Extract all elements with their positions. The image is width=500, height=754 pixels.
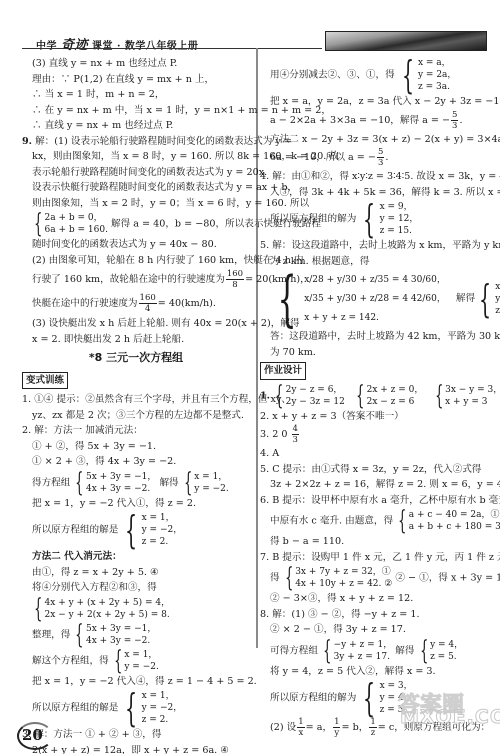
text-line: 3z + 2×2z + z = 16，解得 z = 2. 则 x = 6，y =… <box>260 477 488 493</box>
text-line: 将④分别代入方程②和③，得 <box>22 580 250 596</box>
fraction: 1z <box>369 717 376 738</box>
equation: z = 2. <box>142 714 183 726</box>
text-line: 8. 解：(1) ③ − ②，得 −y + z = 1. <box>260 607 488 623</box>
equation-system: { y = 4，z = 5. <box>418 638 464 664</box>
equation-system: { 5x + 3y = −1，4x + 3y = −2. <box>73 622 156 648</box>
brace-icon: { <box>285 565 293 591</box>
equation: 4x + y + (x + 2y + 5) = 4， <box>45 597 171 609</box>
equation: x/28 + y/30 + z/35 = 4 30/60， <box>304 271 446 290</box>
equation: y = −2， <box>142 702 183 714</box>
equation-line: 所以原方程组的解是 { x = 1，y = −2，z = 2. <box>22 689 250 727</box>
brand-logo: 奇迹 <box>61 38 88 53</box>
brace-icon: { <box>479 280 491 318</box>
equation-system: { 2y − z = 6，2y − 3z = 12 <box>273 383 345 409</box>
equation-system: { a + c − 40 = 2a，①a + b + c + 180 = 3b.… <box>396 508 500 534</box>
equation-system: { x = 1，y = −2，z = 2. <box>121 511 182 549</box>
text-line: 随时间变化的函数表达式为 y = 40x − 80. <box>22 237 250 253</box>
brand-prefix: 中学 <box>36 41 57 52</box>
brace-icon: { <box>402 56 414 94</box>
text-line: 为 70 km. <box>260 345 488 361</box>
equation: a + b + c + 180 = 3b. ② <box>409 521 500 533</box>
equation-line: 所以原方程组的解是 { x = 1，y = −2，z = 2. <box>22 511 250 549</box>
fraction: 1604 <box>139 293 157 314</box>
text-line: kx，则由图象知，当 x = 8 时，y = 160. 所以 8k = 160，… <box>22 149 250 165</box>
text-line: 方法二 x − 2y + 3z = 3(x + z) − 2(x + y) = … <box>260 132 488 148</box>
question-number: 9. <box>22 136 32 147</box>
text: 解这个方程组，得 <box>32 655 109 666</box>
brace-icon: { <box>125 689 137 727</box>
brace-icon: { <box>34 211 42 237</box>
equation: 4x + 3y = −2. <box>86 483 156 495</box>
text-line: 快艇在途中的行驶速度为1604= 40(km/h). <box>22 292 250 316</box>
text-line: ① + ②，得 5x + 3y = −1. <box>22 439 250 455</box>
text: 得方程组 <box>32 477 70 488</box>
fraction: 53 <box>377 147 384 168</box>
equation-line: 整理，得 { 5x + 3y = −1，4x + 3y = −2. <box>22 622 250 648</box>
equation: y = 30， <box>495 293 500 305</box>
equation: y = −2， <box>142 524 183 536</box>
text-line: ∴ 在 y = nx + m 中，当 x = 1 时，y = n×1 + m =… <box>22 103 250 119</box>
numerator: 160 <box>139 293 157 304</box>
text-line: ∴ 当 x = 1 时，m + n = 2， <box>22 87 250 103</box>
text: 得 <box>270 573 280 584</box>
equation-system: { x = 9，y = 12，z = 15. <box>359 200 418 238</box>
brand-suffix: 课堂 · 数学八年级上册 <box>92 41 198 52</box>
text-line: 4. A <box>260 446 488 462</box>
text: 所以原方程组的解是 <box>32 525 118 536</box>
text-line: ② − 3×③，得 x + y + z = 12. <box>260 591 488 607</box>
equation: x + y = 3 <box>445 396 500 408</box>
equation: 3y + z = 17. <box>334 651 393 663</box>
equation: y = 2a， <box>418 69 456 81</box>
numerator: 160 <box>226 269 244 280</box>
equation: y = 12， <box>380 213 419 225</box>
equation: x = a， <box>418 57 456 69</box>
equation: y = −2. <box>194 483 228 495</box>
text: = 40(km/h). <box>158 298 216 309</box>
text-line: 2(x + y + z) = 12a，即 x + y + z = 6a. ④ <box>22 743 250 754</box>
text-line: yz、zx 都是 2 次；③三个方程的左边都不是整式. <box>22 408 250 424</box>
equation: 3x − y = 3， <box>445 384 500 396</box>
book-title: 中学 奇迹 课堂 · 数学八年级上册 <box>36 34 198 53</box>
text: (2) 设 <box>270 722 296 733</box>
denominator: 3 <box>451 121 458 131</box>
answer-9: 9. 解：(1) 设表示轮船行驶路程随时间变化的函数表达式为 y = <box>22 134 250 150</box>
page-header: 中学 奇迹 课堂 · 数学八年级上册 <box>0 0 500 48</box>
equation: x = 1， <box>142 690 183 702</box>
text: 6a = −10，所以 a = − <box>270 152 376 163</box>
header-rule <box>22 48 322 49</box>
equation: a + c − 40 = 2a，① <box>409 509 500 521</box>
text: 所以原方程组的解为 <box>270 214 356 225</box>
equation: 2y − 3z = 12 <box>286 396 345 408</box>
text-line: 4. 解：由①和②，得 x∶y∶z = 3∶4∶5. 故设 x = 3k，y =… <box>260 169 488 185</box>
equation: x/35 + y/30 + z/28 = 4 42/60， <box>304 290 446 309</box>
equation: −y + z = 1， <box>334 639 393 651</box>
numerator: 1 <box>333 717 340 728</box>
left-column: (3) 直线 y = nx + m 也经过点 P. 理由：∵ P(1,2) 在直… <box>22 56 250 754</box>
text: 快艇在途中的行驶速度为 <box>32 298 138 309</box>
boxed-label-variant-training: 变式训练 <box>22 372 68 390</box>
equation-system: { 3x + 7y + z = 32，①4x + 10y + z = 42. ② <box>283 565 393 591</box>
text-line: (2) 由图象可知，轮船在 8 h 内行驶了 160 km，快艇在 4 h 内 <box>22 253 250 269</box>
text-line: (3) 直线 y = nx + m 也经过点 P. <box>22 56 250 72</box>
equation: 2a + b = 0， <box>45 212 108 224</box>
text: ② − ①，得 x + 3y = 10. ③ <box>395 573 500 584</box>
brace-icon: { <box>76 622 84 648</box>
equation-line: 用④分别减去②、③、①，得 { x = a，y = 2a，z = 3a. <box>260 56 488 94</box>
equation-system: { 4x + y + (x + 2y + 5) = 4，2x − y + 2(x… <box>32 596 170 622</box>
text-line: (3) 设快艇出发 x h 后赶上轮船. 则有 40x = 20(x + 2)，… <box>22 316 250 332</box>
text: = a， <box>306 722 332 733</box>
equation: z = 2. <box>142 536 183 548</box>
equation: 3x + 7y + z = 32，① <box>295 566 392 578</box>
text-line: 行驶了 160 km，故轮船在途中的行驶速度为1608= 20(km/h)， <box>22 268 250 292</box>
text-line: 2. 解：方法一 加减消元法： <box>22 423 250 439</box>
text: 用④分别减去②、③、①，得 <box>270 70 395 81</box>
equation-system: { x = 1，y = −2，z = 2. <box>121 689 182 727</box>
text-line: 得 b − a = 110. <box>260 534 488 550</box>
equation: y = 4， <box>430 639 463 651</box>
equation: 2x + z = 0， <box>367 384 424 396</box>
brace-icon: { <box>323 638 331 664</box>
equation: 5x + 3y = −1， <box>86 623 156 635</box>
text: 可得方程组 <box>270 645 318 656</box>
page-number: 20 <box>22 726 43 744</box>
text: 3. 2 0 <box>260 429 287 440</box>
equation: 2y − z = 6， <box>286 384 345 396</box>
brace-icon: { <box>398 508 406 534</box>
denominator: z <box>369 728 376 738</box>
brace-icon: { <box>356 383 364 409</box>
text-line: 5. C 提示：由①式得 x = 3z，y = 2z，代入②式得 <box>260 462 488 478</box>
question-number: 1. <box>260 390 270 401</box>
equation-system: { 2a + b = 0， 6a + b = 160. <box>32 211 108 237</box>
text-line: ① × 2 + ③，得 4x + 3y = −2. <box>22 454 250 470</box>
brace-icon: { <box>363 200 375 238</box>
fraction: 53 <box>451 110 458 131</box>
equation-system: { 5x + 3y = −1，4x + 3y = −2. <box>73 470 156 496</box>
header-banner-image <box>325 31 487 51</box>
fraction: 1x <box>297 717 304 738</box>
equation: x = 1， <box>194 471 228 483</box>
equation-line: 所以原方程组的解为 { x = 9，y = 12，z = 15. <box>260 200 488 238</box>
text-line: 3. 2 0 43 <box>260 424 488 446</box>
equation-line: 1. { 2y − z = 6，2y − 3z = 12 { 2x + z = … <box>260 383 488 409</box>
text: 行驶了 160 km，故轮船在途中的行驶速度为 <box>32 274 225 285</box>
text: = b， <box>341 722 368 733</box>
equation-line: 解这个方程组，得 { x = 1，y = −2. <box>22 648 250 674</box>
equation: 5x + 3y = −1， <box>86 471 156 483</box>
text: 解得 <box>159 477 178 488</box>
denominator: y <box>333 728 340 738</box>
brace-icon: { <box>125 511 137 549</box>
text-line: 6a = −10，所以 a = −53. <box>260 147 488 169</box>
text-line: 把 x = a，y = 2a，z = 3a 代入 x − 2y + 3z = −… <box>260 94 488 110</box>
equation: z = 15. <box>380 225 419 237</box>
equation: z = 70. <box>495 305 500 317</box>
denominator: x <box>297 728 304 738</box>
equation-system: { x = 1，y = −2. <box>112 648 159 674</box>
section-title: *8 三元一次方程组 <box>22 350 250 366</box>
equation-line: 可得方程组 { −y + z = 1，3y + z = 17. 解得 { y =… <box>260 638 488 664</box>
numerator: 1 <box>297 717 304 728</box>
fraction: 1608 <box>226 269 244 290</box>
numerator: 5 <box>451 110 458 121</box>
brace-icon: { <box>184 470 192 496</box>
text-line: 设表示快艇行驶路程随时间变化的函数表达式为 y = ax + b， <box>22 180 250 196</box>
equation-system: { 3x − y = 3，x + y = 3 <box>433 383 500 409</box>
equation-system: { x = 42，y = 30，z = 70. <box>475 280 500 318</box>
text-line: 6. B 提示：设甲杯中原有水 a 毫升，乙杯中原有水 b 毫升，丙杯 <box>260 493 488 509</box>
text: a − 2×2a + 3×3a = −10，解得 a = − <box>270 115 450 126</box>
fraction: 1y <box>333 717 340 738</box>
right-column: 用④分别减去②、③、①，得 { x = a，y = 2a，z = 3a. 把 x… <box>260 56 488 739</box>
text-line: ∴ 直线 y = nx + m 也经过点 P. <box>22 118 250 134</box>
equation: x = 9， <box>380 201 419 213</box>
equation: 6a + b = 160. <box>45 224 108 236</box>
text-line: 2. x + y + z = 3（答案不唯一） <box>260 409 488 425</box>
numerator: 4 <box>292 424 299 435</box>
text: 中原有水 c 毫升. 由题意，得 <box>270 516 393 527</box>
equation: y = −2. <box>124 661 158 673</box>
brace-icon: { <box>420 638 428 664</box>
brace-icon: { <box>435 383 443 409</box>
denominator: 3 <box>377 158 384 168</box>
brace-icon: { <box>275 383 283 409</box>
equation-system: { x = a，y = 2a，z = 3a. <box>398 56 457 94</box>
equation: x = 1， <box>142 512 183 524</box>
brace-icon: { <box>363 679 375 717</box>
equation-line: 中原有水 c 毫升. 由题意，得 { a + c − 40 = 2a，①a + … <box>260 508 488 534</box>
text-line: 1. ①④ 提示：②虽然含有三个字母，并且有三个方程，但 xy、 <box>22 392 250 408</box>
equation-line: { x/28 + y/30 + z/35 = 4 30/60， x/35 + y… <box>260 269 488 329</box>
numerator: 5 <box>377 147 384 158</box>
text: 解得 <box>395 645 414 656</box>
denominator: 8 <box>226 280 244 290</box>
equation-system: { −y + z = 1，3y + z = 17. <box>321 638 392 664</box>
text-line: 7. B 提示：设购甲 1 件 x 元，乙 1 件 y 元，丙 1 件 z 元.… <box>260 550 488 566</box>
watermark-text: MXQE.COM <box>400 706 500 728</box>
denominator: 4 <box>139 304 157 314</box>
text-line: 解：(1) 设表示轮船行驶路程随时间变化的函数表达式为 y = <box>35 136 292 147</box>
denominator: 3 <box>292 435 299 445</box>
equation-system: { x = 1，y = −2. <box>182 470 229 496</box>
equation: 2x − z = 6 <box>367 396 424 408</box>
equation: 2x − y + 2(x + 2y + 5) = 8. <box>45 609 171 621</box>
equation-system: { 2x + z = 0，2x − z = 6 <box>354 383 423 409</box>
equation-line: { 4x + y + (x + 2y + 5) = 4，2x − y + 2(x… <box>22 596 250 622</box>
equation: z = 5. <box>430 651 463 663</box>
equation-line: 得方程组 { 5x + 3y = −1，4x + 3y = −2. 解得 { x… <box>22 470 250 496</box>
text-line: x = 2. 即快艇出发 2 h 后赶上轮船. <box>22 332 250 348</box>
text-line: 表示轮船行驶路程随时间变化的函数表达式为 y = 20x. <box>22 165 250 181</box>
equation-line: 得 { 3x + 7y + z = 32，①4x + 10y + z = 42.… <box>260 565 488 591</box>
text-line: 理由：∵ P(1,2) 在直线 y = mx + n 上， <box>22 72 250 88</box>
brace-icon: { <box>278 269 297 329</box>
text-line: 则由图象知，当 x = 2 时，y = 0；当 x = 6 时，y = 160.… <box>22 196 250 212</box>
equation-line: { 2a + b = 0， 6a + b = 160. 解得 a = 40，b … <box>22 211 250 237</box>
brace-icon: { <box>34 596 42 622</box>
brace-icon: { <box>76 470 84 496</box>
text-line: a − 2×2a + 3×3a = −10，解得 a = −53. <box>260 110 488 132</box>
text-line: ② × 2 − ①，得 3y + z = 17. <box>260 622 488 638</box>
text: 所以原方程组的解为 <box>270 693 356 704</box>
equation: x + y + z = 142. <box>304 309 446 328</box>
equation: 4x + 10y + z = 42. ② <box>295 578 392 590</box>
text: 所以原方程组的解是 <box>32 703 118 714</box>
text: 解得 <box>456 291 475 307</box>
equation: z = 3a. <box>418 81 456 93</box>
equation: x = 42， <box>495 281 500 293</box>
boxed-label-homework-design: 作业设计 <box>260 362 306 380</box>
text-line: 由①，得 z = x + 2y + 5. ④ <box>22 565 250 581</box>
equation: x = 1， <box>124 649 158 661</box>
brace-icon: { <box>114 648 122 674</box>
fraction: 43 <box>292 424 299 445</box>
text: 整理，得 <box>32 629 70 640</box>
